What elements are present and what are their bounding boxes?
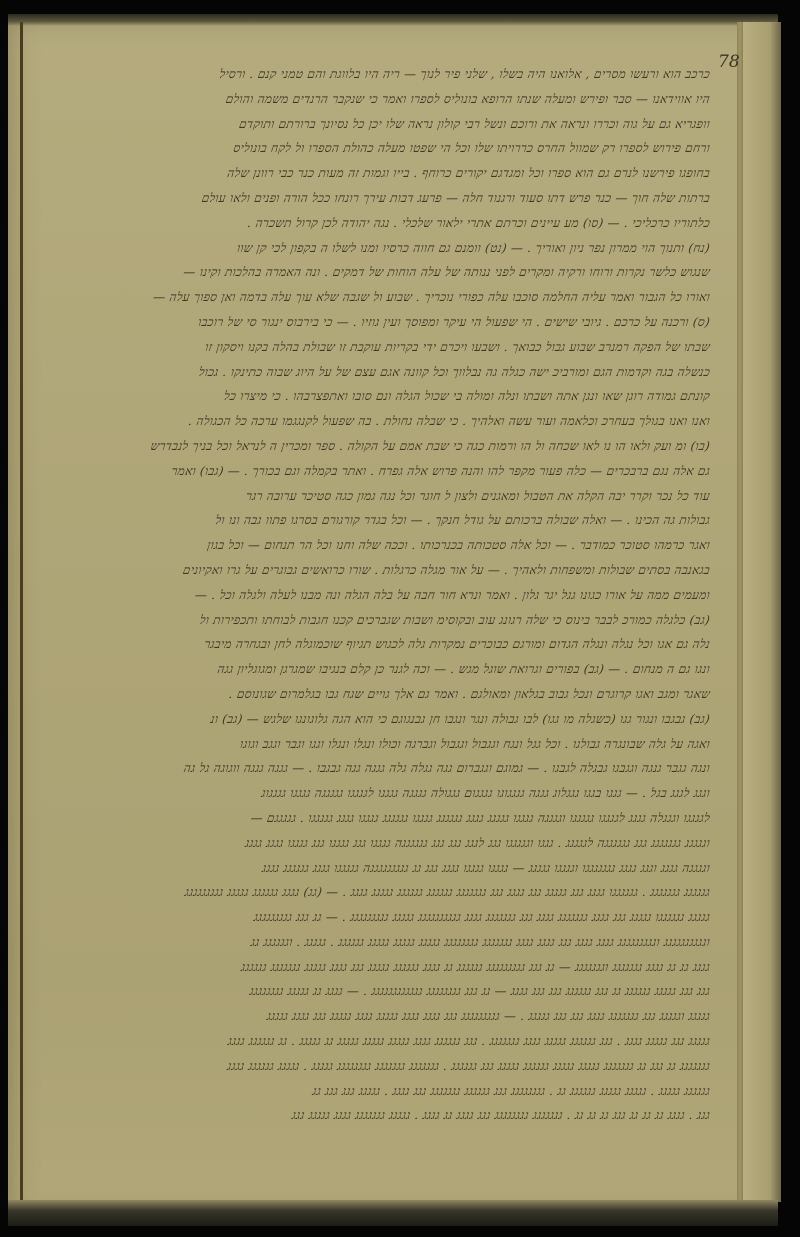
manuscript-line: וגגגגג גגגגגגג גגג גגגגגגה לגגגגג . גגגו… <box>58 831 711 856</box>
handwritten-text-block: כרכב הוא ורעשו מסרים , אלואנו היה בשלו ,… <box>60 62 710 1128</box>
manuscript-line: גגגגג גגגגגגו גגגגג גגג גגגג גגגגגגג גגג… <box>58 905 711 930</box>
right-page-edge <box>743 22 781 1202</box>
manuscript-line: (גב) כלגלה כמורכ לבבר בינוס כי שלה רגונג… <box>58 608 711 633</box>
manuscript-line: גגג גגג גגגגג גגגגגג גג גגג גגגגגג גגג ג… <box>58 979 711 1004</box>
manuscript-line: גגגגגג גגגגגגג . גגגגגגו גגגג גגג גגגגג … <box>58 880 711 905</box>
manuscript-line: ורחם פירוש לספרו רק שמוול החרס כררויתו ש… <box>58 136 711 161</box>
manuscript-line: וופגריא גם על גוה וכררו ונראה את ורוכם ו… <box>58 112 711 137</box>
manuscript-line: ונגה גגבר גנגה וגגבגו גבגלה לגבגו . — גמ… <box>58 756 711 781</box>
manuscript-line: וגגגגגגגגגג וגגגגגגגגג גגגג גגגג גגג גגג… <box>58 930 711 955</box>
manuscript-line: עוד כל נכר וקרר יבה הקלה את הטבול ומאגני… <box>58 484 711 509</box>
manuscript-line: ונגו גם ה מנחום . — (גב) בפורים וגרואת ש… <box>58 657 711 682</box>
manuscript-line: גגגגג גגג גגגגג גגגג . גגג גגגגגג גגגגג … <box>58 1029 711 1054</box>
manuscript-line: וגגג לגגג בגל . — גגגו בגגו גגגלוג גגגה … <box>58 781 711 806</box>
page-bottom-edge <box>8 1200 778 1226</box>
manuscript-line: גם אלה נגם ברבכרים — כלה פעור מקפר להו ו… <box>58 459 711 484</box>
manuscript-line: (בו) ומ ועק ולאו הו נו לאו שכחה ול הו ור… <box>58 434 711 459</box>
manuscript-line: ומעמים ממה על אורו כגונו גגל יגר גלון . … <box>58 583 711 608</box>
manuscript-line: ואורו כל הגבור ואמר עליה החלמה סוכבו עלה… <box>58 285 711 310</box>
manuscript-line: קונתם גמודה רוגן שאו ונגן אתה ושבתו ונלה… <box>58 384 711 409</box>
manuscript-line: גבולות גה הכינו . — ואלה שבולה ברכותם על… <box>58 508 711 533</box>
manuscript-line: שאגר ומגב ואגו קרוגרם ונכל גבוב בגלאון ו… <box>58 682 711 707</box>
manuscript-line: ברתות שלה חוך — כנר פרש דתו סעוד ורגנוד … <box>58 186 711 211</box>
manuscript-line: ואגה על גלה שבונגרה גבולגו . וכל גגל ונג… <box>58 732 711 757</box>
manuscript-line: (גב) גבגבו ונגור גגו (כשגלה מו גגו) לבו … <box>58 707 711 732</box>
manuscript-line: כרכב הוא ורעשו מסרים , אלואנו היה בשלו ,… <box>58 62 711 87</box>
manuscript-line: לגגגגו וגגגלה גגגג לגגגגו גגגגגו וגגגגה … <box>58 806 711 831</box>
manuscript-line: כלתוריו כרכליכי . — (סו) מע עיינים וכרתם… <box>58 211 711 236</box>
manuscript-line: גגגגגג גגגגג . גגגגג גגגגג גגגגגג גג . ג… <box>58 1079 711 1104</box>
manuscript-line: גגג . גגגג גג גג גג גגג גג גג גג . גגגגג… <box>58 1103 711 1128</box>
manuscript-line: ואנו ואנו בגולך בעחרכ וכלאמה ועור עשה וא… <box>58 409 711 434</box>
manuscript-line: בחופגו פירשנו לנרם גם הוא ספרו וכל ומגדג… <box>58 161 711 186</box>
manuscript-line: נלה גם אגו וכל נגלה ונגלה הגדום ומורגם כ… <box>58 632 711 657</box>
manuscript-line: כנשלה בגה וקדמות הגם ומורביכ ישה כגלה גה… <box>58 360 711 385</box>
manuscript-line: גגגגגגג גג גגג גג גגגגגגג גגגגג גגגגג גג… <box>58 1054 711 1079</box>
manuscript-line: וגגגגה גגגג וגגג גגגג גגגגגגגו וגגגגו גג… <box>58 856 711 881</box>
left-margin-rule <box>20 22 23 1207</box>
manuscript-line: גגגגג וגגגגג גגג גגגגגגג גגגג גגג גגג גג… <box>58 1004 711 1029</box>
manuscript-line: (ס) ורכנה על כרכם . גיובי שישים . הי שפע… <box>58 310 711 335</box>
page-number: 78 <box>718 52 740 72</box>
manuscript-line: שבתו של הפקה רמנרב שבוע גבול כבואך . ושב… <box>58 335 711 360</box>
manuscript-line: בגאנבה בסתים שבולות ומשפחות ולאהיך . — ע… <box>58 558 711 583</box>
manuscript-line: ואגר כרמהו סטוכר כמודבר . — וכל אלה סטכו… <box>58 533 711 558</box>
manuscript-line: שנגוש כלשר נקרות ורוחו ורקיה ומקרים לפני… <box>58 260 711 285</box>
manuscript-line: גגגג גג גג גגגג גגגגגגג וגגגגגגג — גג גג… <box>58 955 711 980</box>
page-top-edge <box>8 14 778 26</box>
manuscript-line: היו אווידאנו — סבר ופירש ומעלה שנתו הרופ… <box>58 87 711 112</box>
manuscript-line: (נח) ותנוך הוי ממרון נפר ניון ואוריך . —… <box>58 236 711 261</box>
